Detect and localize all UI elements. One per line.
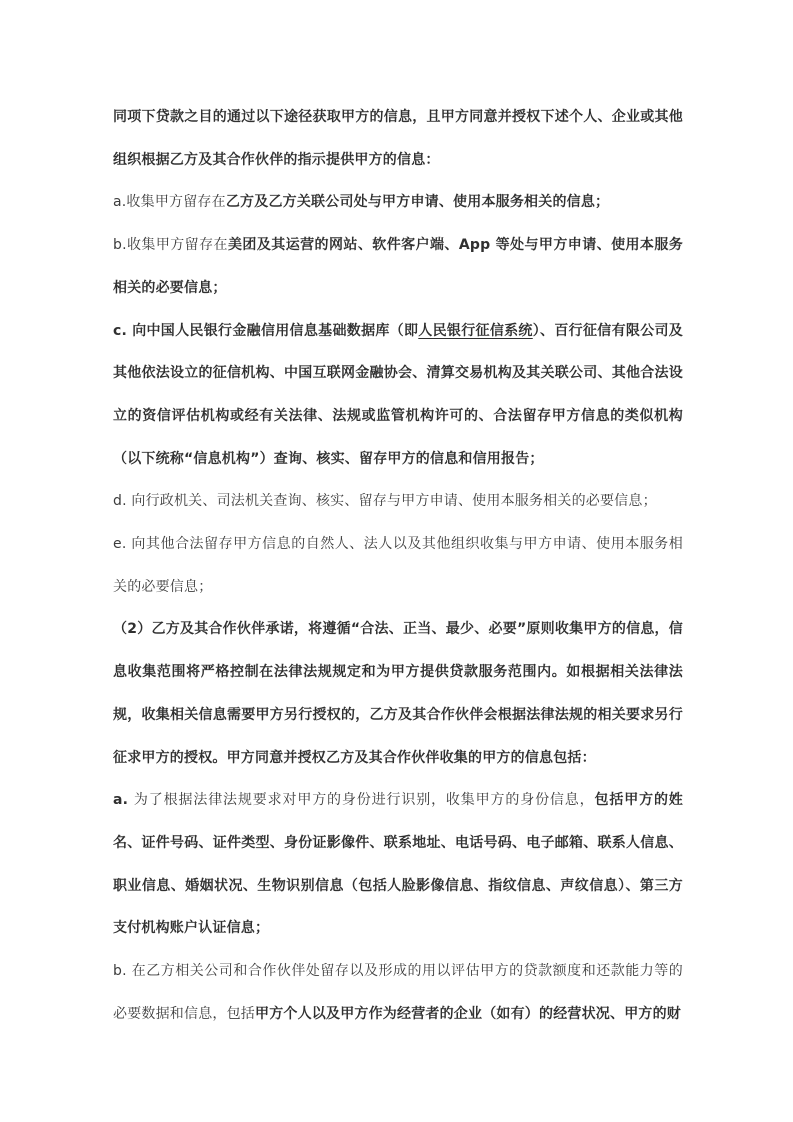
text-run: 包括甲方的姓名、证件号码、证件类型、身份证影像件、联系地址、电话号码、电子邮箱、… (113, 792, 683, 936)
text-run: 乙方及乙方关联公司处与甲方申请、使用本服务相关的信息； (226, 194, 609, 210)
paragraph: b. 在乙方相关公司和合作伙伴处留存以及形成的用以评估甲方的贷款额度和还款能力等… (113, 950, 683, 1035)
paragraph: d. 向行政机关、司法机关查询、核实、留存与甲方申请、使用本服务相关的必要信息； (113, 480, 683, 523)
text-run: c. 向中国人民银行金融信用信息基础数据库（即 (113, 323, 418, 339)
paragraph: a.收集甲方留存在乙方及乙方关联公司处与甲方申请、使用本服务相关的信息； (113, 181, 683, 224)
text-run: 甲方个人以及甲方作为经营者的企业（如有）的经营状况、甲方的财 (255, 1006, 681, 1022)
text-run: a.收集甲方留存在 (113, 194, 226, 210)
document-page: 同项下贷款之目的通过以下途径获取甲方的信息，且甲方同意并授权下述个人、企业或其他… (0, 0, 793, 1122)
text-run: d. 向行政机关、司法机关查询、核实、留存与甲方申请、使用本服务相关的必要信息； (113, 493, 657, 509)
paragraph: （2）乙方及其合作伙伴承诺，将遵循“合法、正当、最少、必要”原则收集甲方的信息，… (113, 608, 683, 779)
document-body: 同项下贷款之目的通过以下途径获取甲方的信息，且甲方同意并授权下述个人、企业或其他… (113, 96, 683, 1035)
text-run: b.收集甲方留存在 (113, 237, 228, 253)
text-run: （2）乙方及其合作伙伴承诺，将遵循“合法、正当、最少、必要”原则收集甲方的信息，… (113, 621, 683, 765)
paragraph: 同项下贷款之目的通过以下途径获取甲方的信息，且甲方同意并授权下述个人、企业或其他… (113, 96, 683, 181)
paragraph: b.收集甲方留存在美团及其运营的网站、软件客户端、App 等处与甲方申请、使用本… (113, 224, 683, 309)
paragraph: e. 向其他合法留存甲方信息的自然人、法人以及其他组织收集与甲方申请、使用本服务… (113, 523, 683, 608)
text-run: a. (113, 792, 134, 808)
paragraph: c. 向中国人民银行金融信用信息基础数据库（即人民银行征信系统）、百行征信有限公… (113, 310, 683, 481)
text-run: 人民银行征信系统 (418, 323, 532, 339)
text-run: 为了根据法律法规要求对甲方的身份进行识别，收集甲方的身份信息， (134, 792, 595, 808)
text-run: ）、百行征信有限公司及其他依法设立的征信机构、中国互联网金融协会、清算交易机构及… (113, 323, 683, 467)
paragraph: a. 为了根据法律法规要求对甲方的身份进行识别，收集甲方的身份信息，包括甲方的姓… (113, 779, 683, 950)
text-run: e. 向其他合法留存甲方信息的自然人、法人以及其他组织收集与甲方申请、使用本服务… (113, 536, 683, 595)
text-run: 同项下贷款之目的通过以下途径获取甲方的信息，且甲方同意并授权下述个人、企业或其他… (113, 109, 683, 168)
